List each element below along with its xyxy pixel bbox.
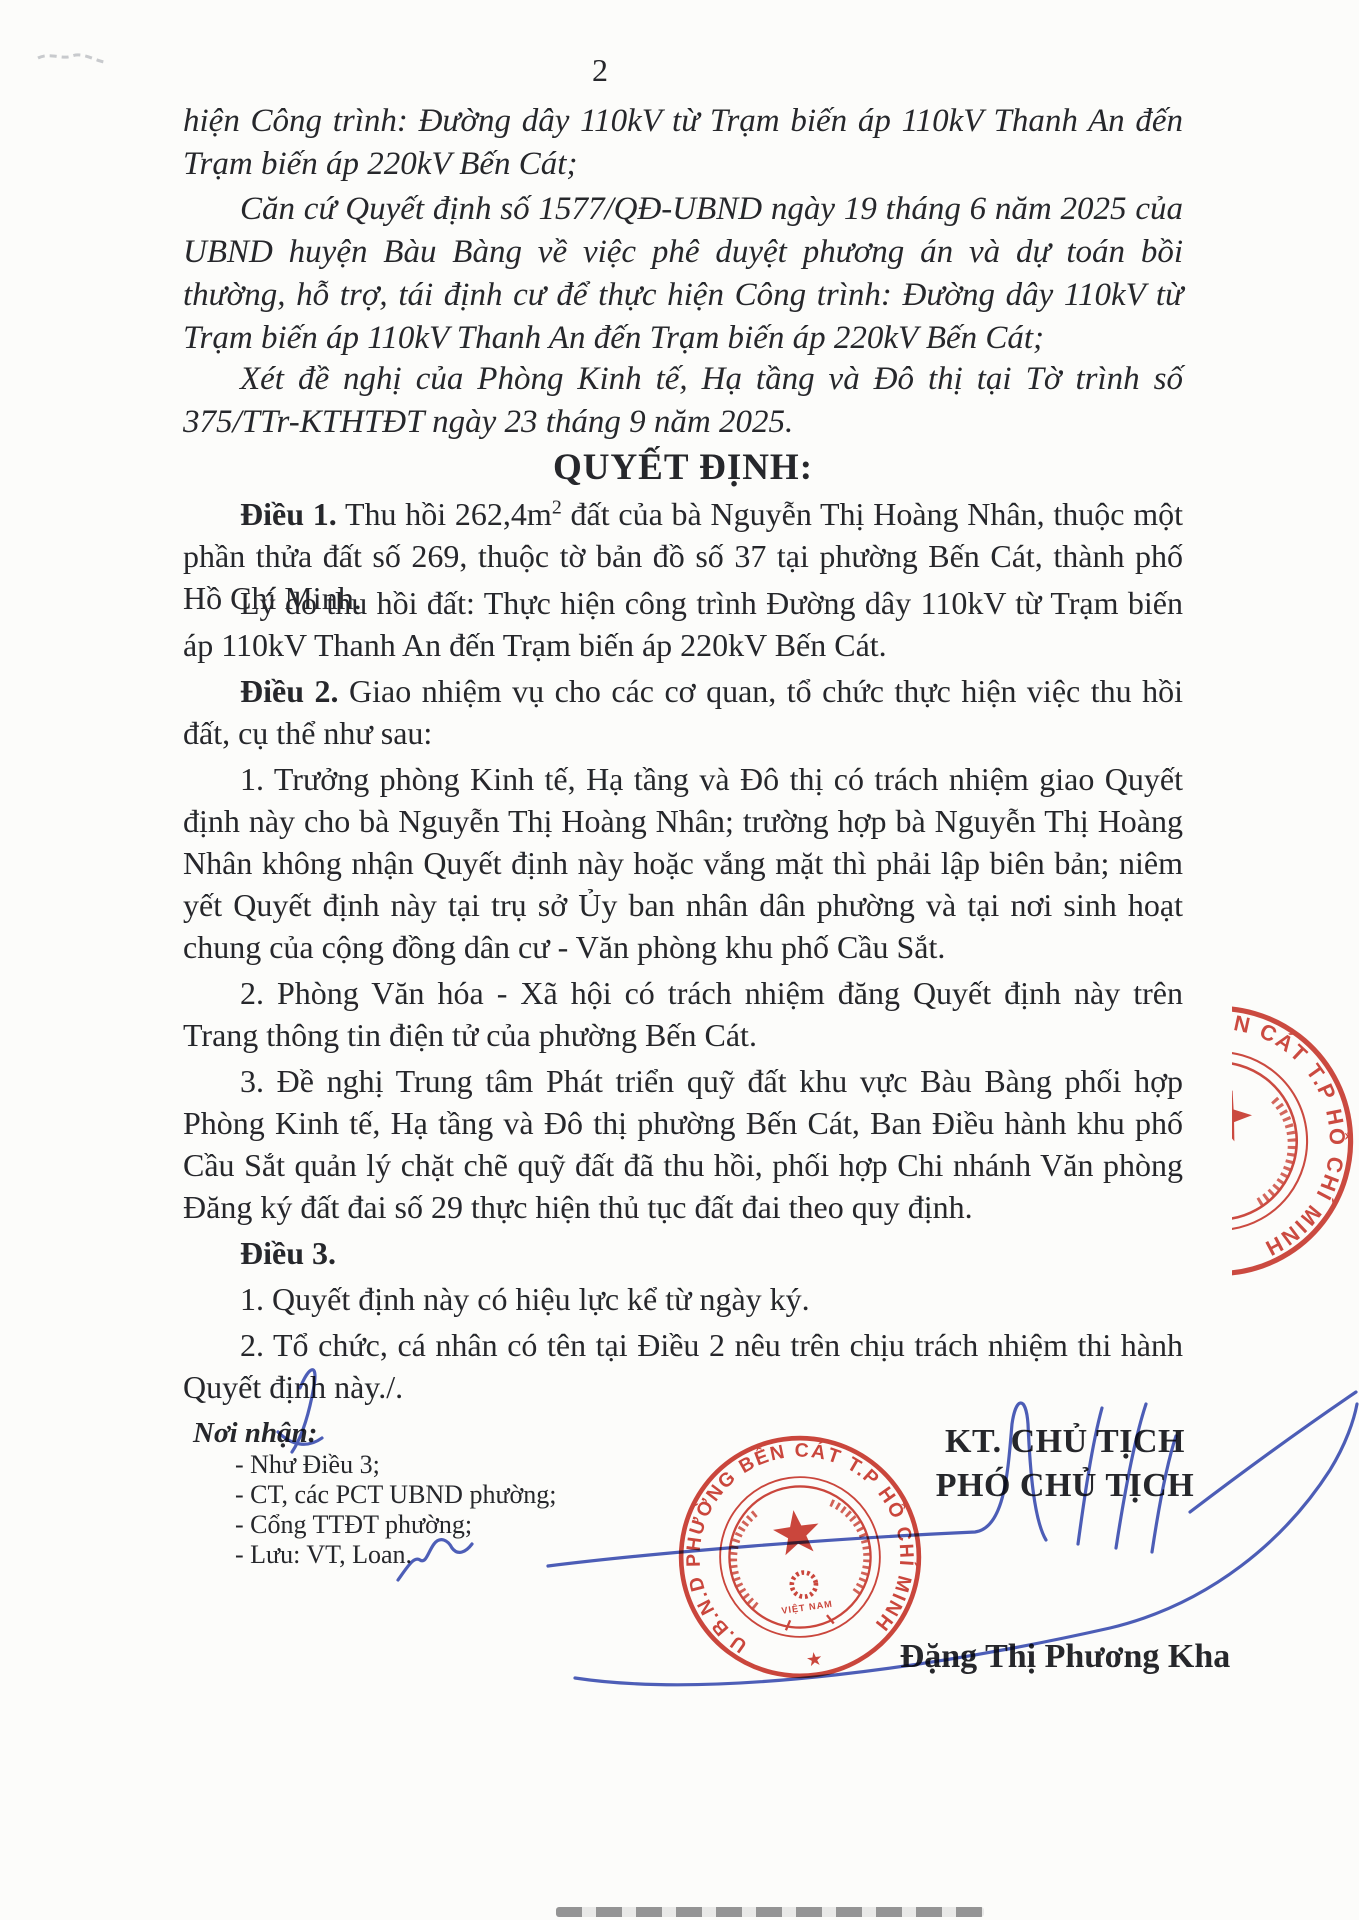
article-1-reason-paragraph: Lý do thu hồi đất: Thực hiện công trình …	[183, 582, 1183, 666]
intro-paragraph-xet-de-nghi: Xét đề nghị của Phòng Kinh tế, Hạ tầng v…	[183, 358, 1183, 444]
recipients-label: Nơi nhận:	[193, 1416, 703, 1450]
article-1-superscript: 2	[552, 496, 562, 518]
article-3-item-1: 1. Quyết định này có hiệu lực kể từ ngày…	[183, 1278, 1183, 1320]
article-2-paragraph: Điều 2. Giao nhiệm vụ cho các cơ quan, t…	[183, 670, 1183, 754]
article-1-label: Điều 1.	[240, 496, 337, 532]
article-2-item-1: 1. Trưởng phòng Kinh tế, Hạ tầng và Đô t…	[183, 758, 1183, 968]
national-emblem-star-icon	[1232, 1083, 1257, 1144]
article-2-item-3: 3. Đề nghị Trung tâm Phát triển quỹ đất …	[183, 1060, 1183, 1228]
recipient-item: - Cổng TTĐT phường;	[235, 1510, 703, 1540]
page-number: 2	[560, 52, 640, 89]
pencil-smudge	[38, 55, 104, 62]
official-seal-stamp-icon: U.B.N.D PHƯỜNG BẾN CÁT T.P HỒ CHÍ MINH ★…	[653, 1410, 947, 1704]
emblem-banner-text: VIỆT NAM	[781, 1598, 834, 1616]
recipient-item: - CT, các PCT UBND phường;	[235, 1480, 703, 1510]
article-2-label: Điều 2.	[240, 673, 339, 709]
scanned-document-page: 2 hiện Công trình: Đường dây 110kV từ Tr…	[0, 0, 1359, 1920]
intro-paragraph-can-cu: Căn cứ Quyết định số 1577/QĐ-UBND ngày 1…	[183, 188, 1183, 360]
decision-heading: QUYẾT ĐỊNH:	[183, 446, 1183, 489]
intro-paragraph-continued: hiện Công trình: Đường dây 110kV từ Trạm…	[183, 100, 1183, 186]
national-emblem-star-icon	[771, 1507, 822, 1557]
article-3-item-2: 2. Tổ chức, cá nhân có tên tại Điều 2 nê…	[183, 1324, 1183, 1408]
page-edge-seal-stamp-icon: U.B.N.D PHƯỜNG BẾN CÁT T.P HỒ CHÍ MINH ★…	[1232, 1000, 1359, 1292]
recipients-block: Nơi nhận: - Như Điều 3; - CT, các PCT UB…	[183, 1416, 703, 1570]
recipient-item: - Lưu: VT, Loan.	[235, 1540, 703, 1570]
emblem-wreath-left	[727, 1513, 769, 1609]
recipient-item: - Như Điều 3;	[235, 1450, 703, 1480]
stamp-bottom-star: ★	[805, 1648, 824, 1671]
emblem-cogwheel-icon	[790, 1571, 817, 1598]
article-2-item-2: 2. Phòng Văn hóa - Xã hội có trách nhiệm…	[183, 972, 1183, 1056]
page-edge-seal-clip: U.B.N.D PHƯỜNG BẾN CÁT T.P HỒ CHÍ MINH ★…	[1232, 1000, 1359, 1292]
scan-artifact-strip	[556, 1907, 984, 1917]
article-1-text-pre: Thu hồi 262,4m	[337, 496, 552, 532]
article-3-label: Điều 3.	[183, 1232, 1183, 1274]
